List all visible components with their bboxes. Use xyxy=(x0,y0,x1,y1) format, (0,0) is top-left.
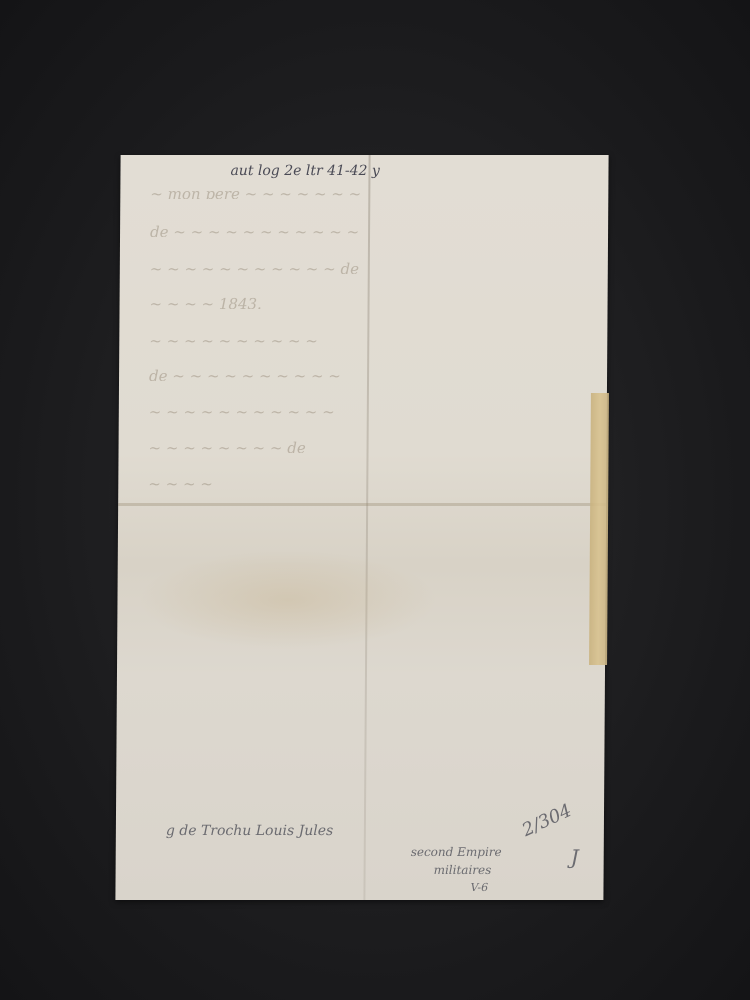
inventory-number: 2/304 xyxy=(519,800,575,841)
bleed-through-line: ~ ~ ~ ~ xyxy=(148,475,586,489)
bleed-through-line: de ~ ~ ~ ~ ~ ~ ~ ~ ~ ~ ~ xyxy=(150,223,588,237)
horizontal-fold xyxy=(118,503,606,506)
bleed-through-line: ~ ~ ~ ~ ~ ~ ~ ~ ~ ~ ~ de xyxy=(150,260,588,274)
bleed-through-line: de ~ ~ ~ ~ ~ ~ ~ ~ ~ ~ xyxy=(149,367,587,381)
manuscript-letter-page: ~ mon pere ~ ~ ~ ~ ~ ~ ~ de ~ ~ ~ ~ ~ ~ … xyxy=(115,155,608,900)
bleed-through-line: ~ mon pere ~ ~ ~ ~ ~ ~ ~ xyxy=(150,185,588,199)
tape-strip xyxy=(589,393,609,665)
bleed-through-line: ~ ~ ~ ~ ~ ~ ~ ~ ~ ~ ~ xyxy=(149,403,587,417)
catalog-header-note: aut log 2e ltr 41-42 y xyxy=(230,163,379,179)
classification-line3: V-6 xyxy=(470,881,488,894)
bleed-through-line: ~ ~ ~ ~ ~ ~ ~ ~ ~ ~ xyxy=(149,332,587,346)
foxing-stain xyxy=(137,550,438,650)
classification-line2: militaires xyxy=(434,863,492,877)
corner-mark: J xyxy=(571,845,579,869)
bleed-through-line: ~ ~ ~ ~ ~ ~ ~ ~ de xyxy=(149,439,587,453)
bleed-through-line: ~ ~ ~ ~ 1843. xyxy=(150,295,588,309)
classification-line1: second Empire xyxy=(411,845,502,859)
author-name-note: g de Trochu Louis Jules xyxy=(166,823,333,839)
